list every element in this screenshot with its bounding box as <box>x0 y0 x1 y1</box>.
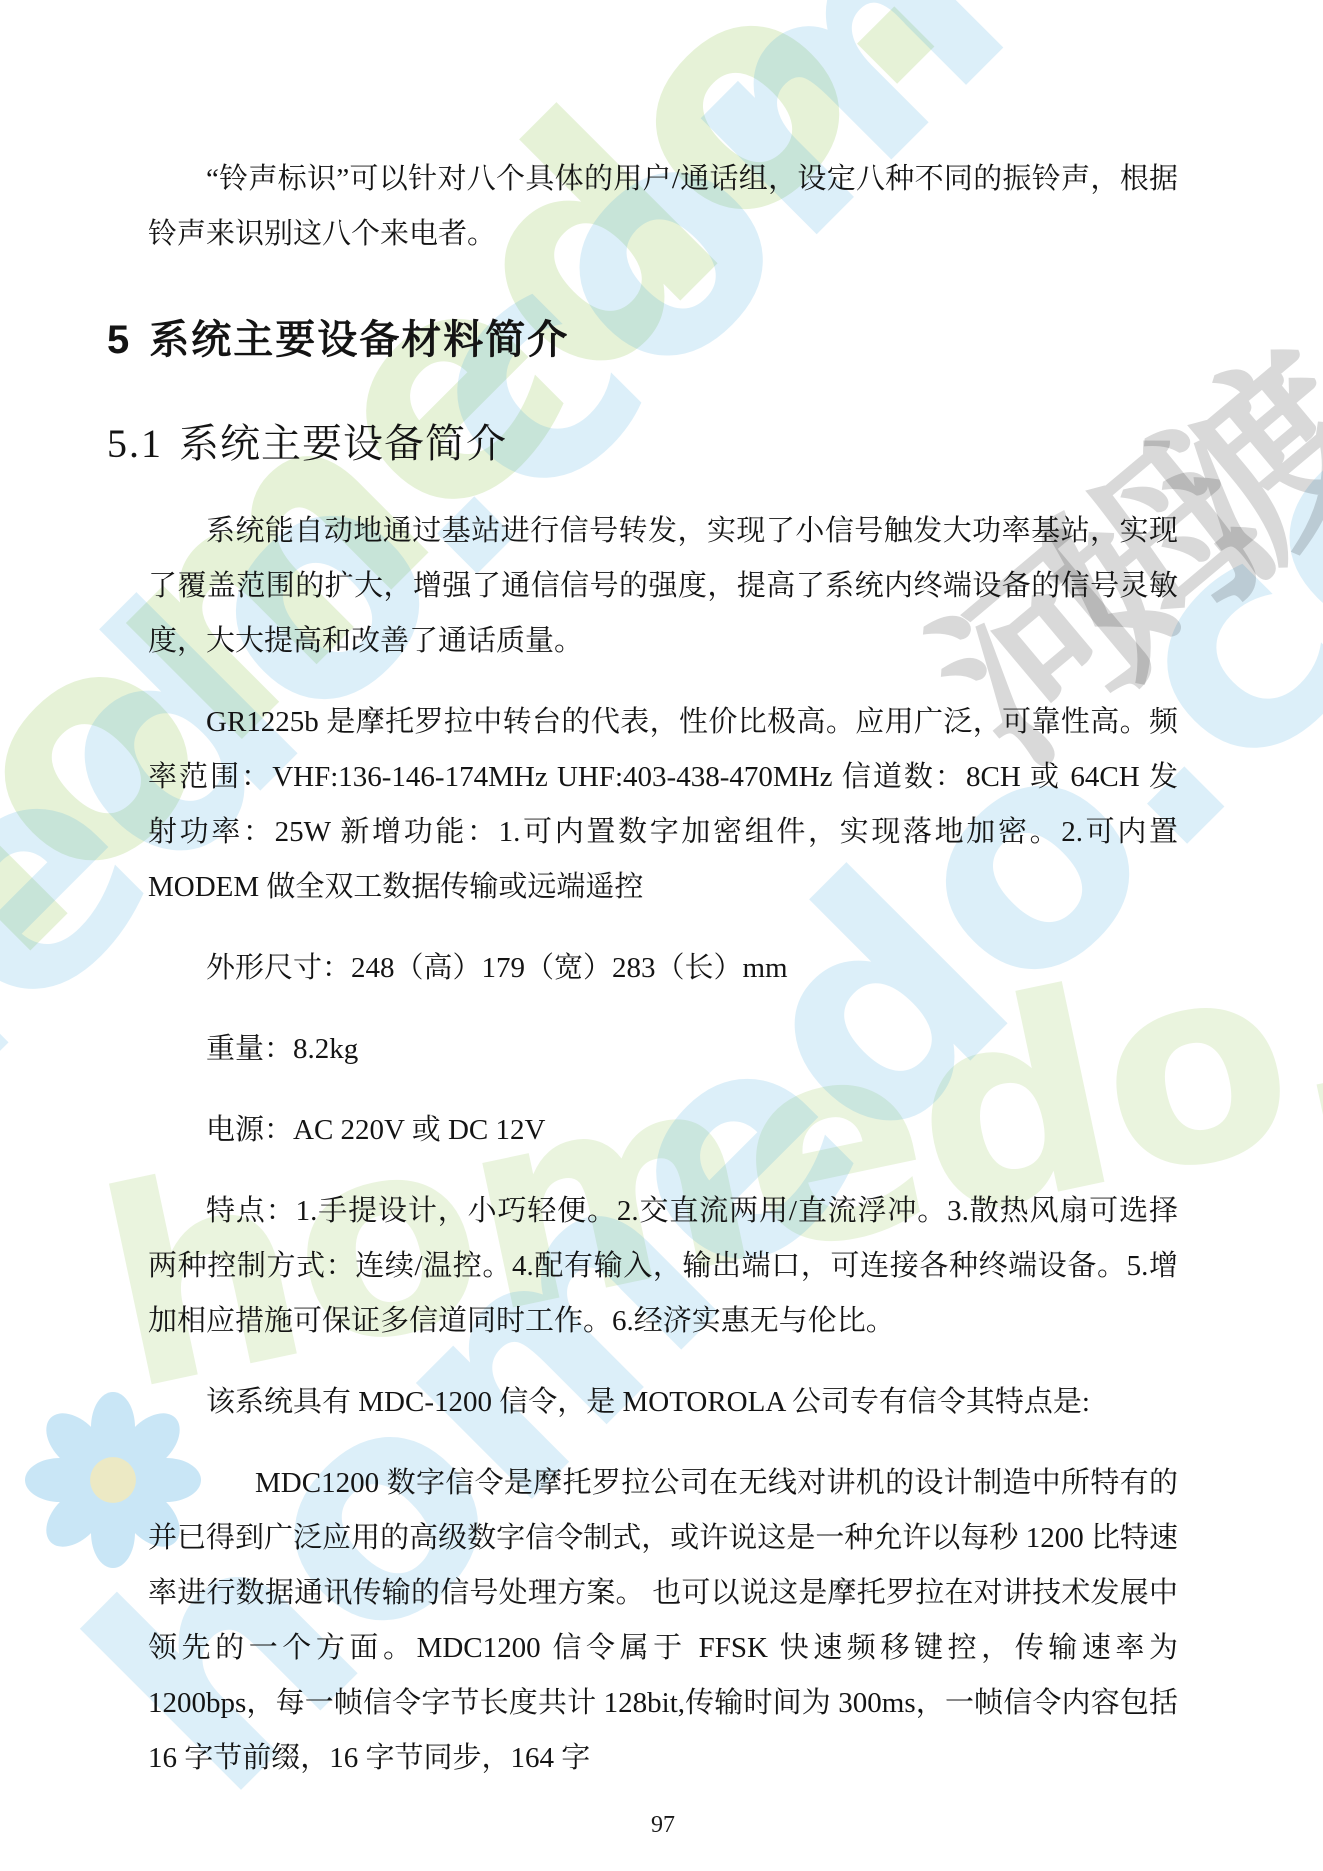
body-paragraph-spec-power: 电源：AC 220V 或 DC 12V <box>148 1103 1178 1158</box>
body-paragraph-features: 特点：1.手提设计，小巧轻便。2.交直流两用/直流浮冲。3.散热风扇可选择两种控… <box>148 1184 1178 1349</box>
section-number: 5 <box>107 318 129 362</box>
page-content: “铃声标识”可以针对八个具体的用户/通话组，设定八种不同的振铃声，根据铃声来识别… <box>0 0 1323 1839</box>
body-paragraph: GR1225b 是摩托罗拉中转台的代表，性价比极高。应用广泛，可靠性高。频率范围… <box>148 695 1178 915</box>
body-paragraph-spec-weight: 重量：8.2kg <box>148 1022 1178 1077</box>
body-paragraph-mdc1200: MDC1200 数字信令是摩托罗拉公司在无线对讲机的设计制造中所特有的并已得到广… <box>148 1456 1178 1786</box>
section-heading: 5系统主要设备材料简介 <box>107 316 1178 364</box>
body-paragraph: 系统能自动地通过基站进行信号转发，实现了小信号触发大功率基站，实现了覆盖范围的扩… <box>148 504 1178 669</box>
document-page: homedo.com homedo.com homedo.com homedo.… <box>0 0 1323 1871</box>
subsection-number: 5.1 <box>107 421 163 466</box>
intro-paragraph: “铃声标识”可以针对八个具体的用户/通话组，设定八种不同的振铃声，根据铃声来识别… <box>148 152 1178 262</box>
subsection-heading: 5.1系统主要设备简介 <box>107 420 1178 468</box>
body-paragraph-signalling: 该系统具有 MDC-1200 信令，是 MOTOROLA 公司专有信令其特点是: <box>148 1375 1178 1430</box>
body-paragraph-spec-dimensions: 外形尺寸：248（高）179（宽）283（长）mm <box>148 941 1178 996</box>
section-title: 系统主要设备材料简介 <box>149 318 569 362</box>
page-number: 97 <box>148 1812 1178 1839</box>
subsection-title: 系统主要设备简介 <box>179 421 507 466</box>
